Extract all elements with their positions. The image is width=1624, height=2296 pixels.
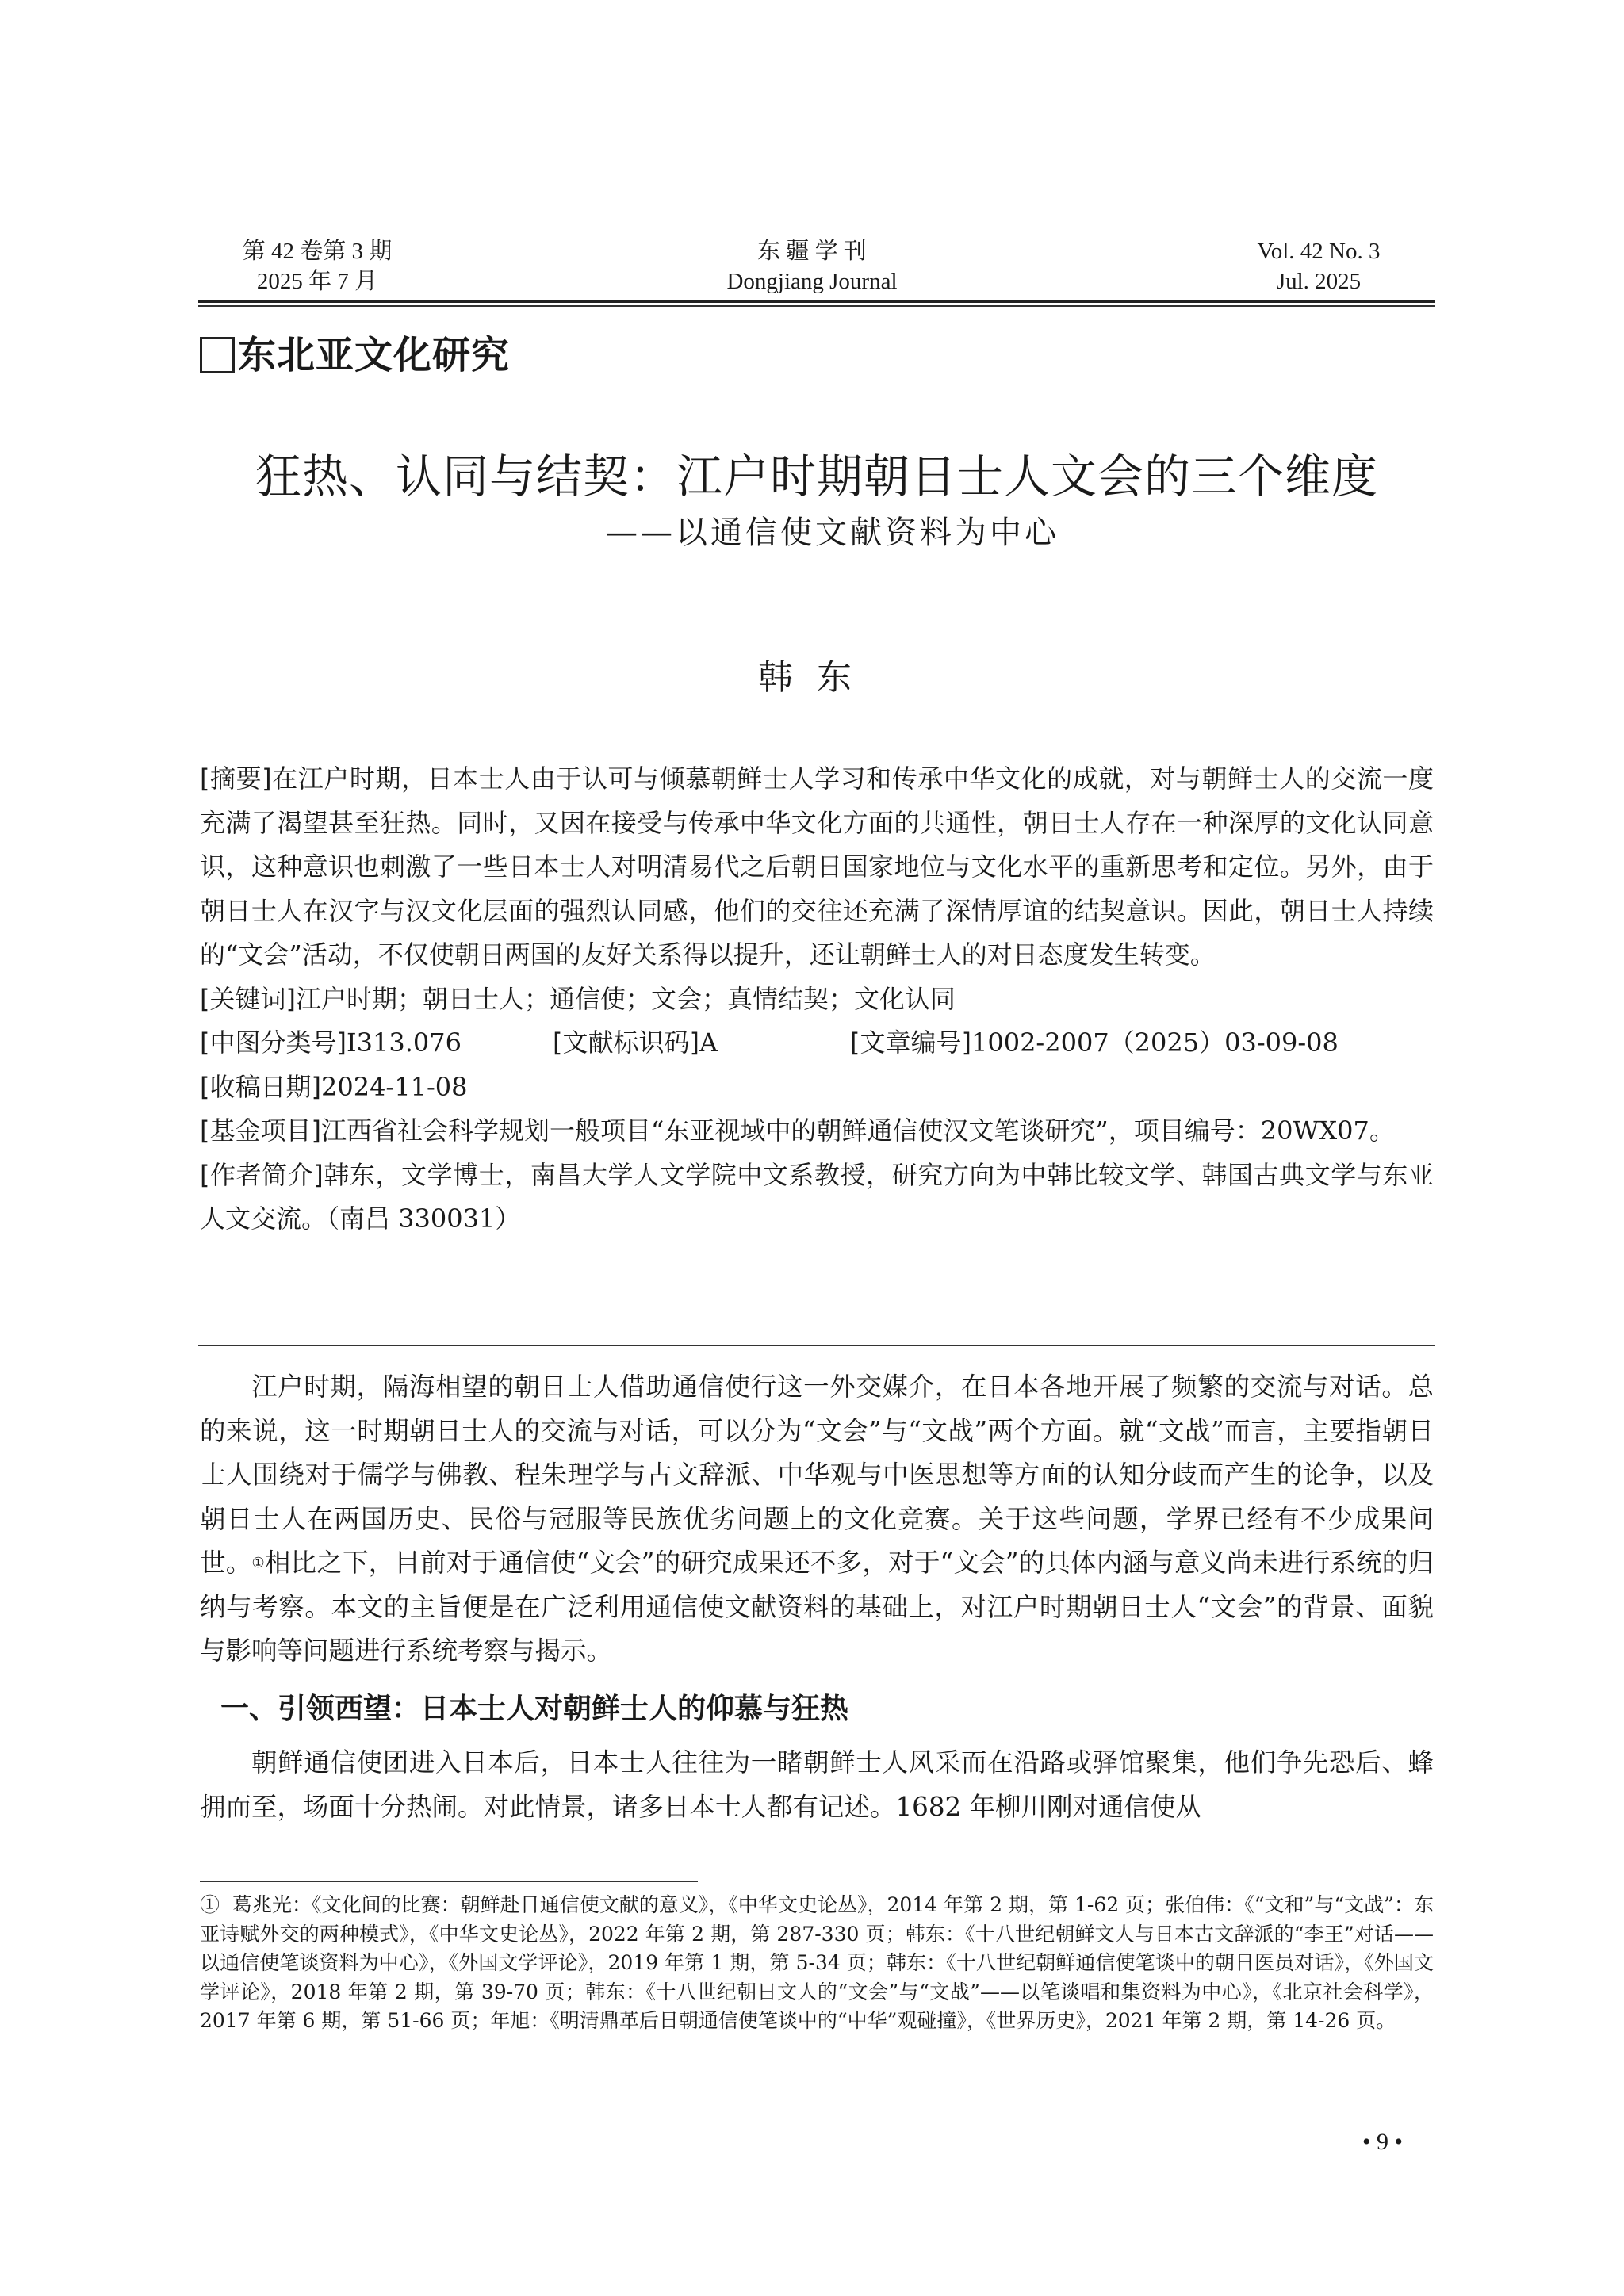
footnote-divider: [200, 1881, 698, 1882]
journal-name-cn: 东 疆 学 刊: [226, 236, 1398, 266]
keywords: [关键词]江户时期；朝日士人；通信使；文会；真情结契；文化认同: [200, 978, 1434, 1022]
author-bio: [作者简介]韩东，文学博士，南昌大学人文学院中文系教授，研究方向为中韩比较文学、…: [200, 1154, 1434, 1242]
classification-row: [中图分类号]I313.076 [文献标识码]A [文章编号]1002-2007…: [200, 1021, 1434, 1066]
keywords-text: 江户时期；朝日士人；通信使；文会；真情结契；文化认同: [296, 984, 956, 1014]
header-rule-thick: [198, 300, 1435, 303]
front-matter-divider: [198, 1345, 1435, 1346]
section-1-paragraph: 朝鲜通信使团进入日本后，日本士人往往为一睹朝鲜士人风采而在沿路或驿馆聚集，他们争…: [200, 1740, 1434, 1829]
clc-value: I313.076: [347, 1027, 462, 1058]
received-label: [收稿日期]: [200, 1072, 321, 1102]
column-label-text: 东北亚文化研究: [238, 331, 510, 379]
doc-code-label: [文献标识码]: [553, 1027, 699, 1058]
footnote-1: ① 葛兆光：《文化间的比赛：朝鲜赴日通信使文献的意义》，《中华文史论丛》，201…: [200, 1891, 1434, 2036]
abstract: [摘要]在江户时期，日本士人由于认可与倾慕朝鲜士人学习和传承中华文化的成就，对与…: [200, 757, 1434, 978]
column-label: 东北亚文化研究: [200, 331, 510, 379]
page-number: • 9 •: [1362, 2126, 1403, 2158]
section-heading-1: 一、引领西望：日本士人对朝鲜士人的仰慕与狂热: [220, 1687, 848, 1732]
footnote-marker: ①: [200, 1893, 220, 1916]
article-title: 狂热、认同与结契：江户时期朝日士人文会的三个维度: [198, 448, 1435, 505]
header-vol-no: Vol. 42 No. 3: [1239, 236, 1398, 266]
footnote-text: 葛兆光：《文化间的比赛：朝鲜赴日通信使文献的意义》，《中华文史论丛》，2014 …: [200, 1893, 1434, 2032]
author-bio-label: [作者简介]: [200, 1160, 324, 1190]
abstract-text: 在江户时期，日本士人由于认可与倾慕朝鲜士人学习和传承中华文化的成就，对与朝鲜士人…: [200, 763, 1434, 970]
clc-label: [中图分类号]: [200, 1027, 347, 1058]
fund-label: [基金项目]: [200, 1115, 321, 1146]
article-author: 韩东: [198, 654, 1435, 702]
section-1-body: 朝鲜通信使团进入日本后，日本士人往往为一睹朝鲜士人风采而在沿路或驿馆聚集，他们争…: [200, 1740, 1434, 1829]
header-rule-thin: [198, 305, 1435, 307]
header-volume-en: Vol. 42 No. 3 Jul. 2025: [1239, 236, 1398, 297]
received-value: 2024-11-08: [321, 1072, 468, 1102]
running-header: 第 42 卷第 3 期 2025 年 7 月 东 疆 学 刊 Dongjiang…: [226, 236, 1398, 298]
abstract-label: [摘要]: [200, 763, 272, 794]
journal-page: 第 42 卷第 3 期 2025 年 7 月 东 疆 学 刊 Dongjiang…: [0, 0, 1624, 2296]
received-date: [收稿日期]2024-11-08: [200, 1066, 1434, 1110]
article-no-value: 1002-2007（2025）03-09-08: [971, 1027, 1339, 1058]
intro-part2: 相比之下，目前对于通信使“文会”的研究成果还不多，对于“文会”的具体内涵与意义尚…: [200, 1548, 1434, 1666]
front-matter: [摘要]在江户时期，日本士人由于认可与倾慕朝鲜士人学习和传承中华文化的成就，对与…: [200, 757, 1434, 1242]
article-no-label: [文章编号]: [850, 1027, 971, 1058]
document-code: [文献标识码]A: [553, 1021, 850, 1066]
clc-number: [中图分类号]I313.076: [200, 1021, 553, 1066]
footnote-ref[interactable]: ①: [251, 1555, 264, 1571]
square-box-icon: [200, 337, 235, 373]
doc-code-value: A: [699, 1027, 718, 1058]
article-number: [文章编号]1002-2007（2025）03-09-08: [850, 1021, 1339, 1066]
article-subtitle: ——以通信使文献资料为中心: [198, 511, 1435, 554]
intro-part1: 江户时期，隔海相望的朝日士人借助通信使行这一外交媒介，在日本各地开展了频繁的交流…: [200, 1372, 1434, 1578]
fund-project: [基金项目]江西省社会科学规划一般项目“东亚视域中的朝鲜通信使汉文笔谈研究”，项…: [200, 1109, 1434, 1154]
author-bio-value: 韩东，文学博士，南昌大学人文学院中文系教授，研究方向为中韩比较文学、韩国古典文学…: [200, 1160, 1434, 1234]
header-journal-name: 东 疆 学 刊 Dongjiang Journal: [226, 236, 1398, 297]
header-date-en: Jul. 2025: [1239, 266, 1398, 297]
keywords-label: [关键词]: [200, 984, 296, 1014]
journal-name-en: Dongjiang Journal: [226, 266, 1398, 297]
intro-paragraph: 江户时期，隔海相望的朝日士人借助通信使行这一外交媒介，在日本各地开展了频繁的交流…: [200, 1365, 1434, 1674]
fund-value: 江西省社会科学规划一般项目“东亚视域中的朝鲜通信使汉文笔谈研究”，项目编号：20…: [321, 1115, 1395, 1146]
introduction: 江户时期，隔海相望的朝日士人借助通信使行这一外交媒介，在日本各地开展了频繁的交流…: [200, 1365, 1434, 1674]
